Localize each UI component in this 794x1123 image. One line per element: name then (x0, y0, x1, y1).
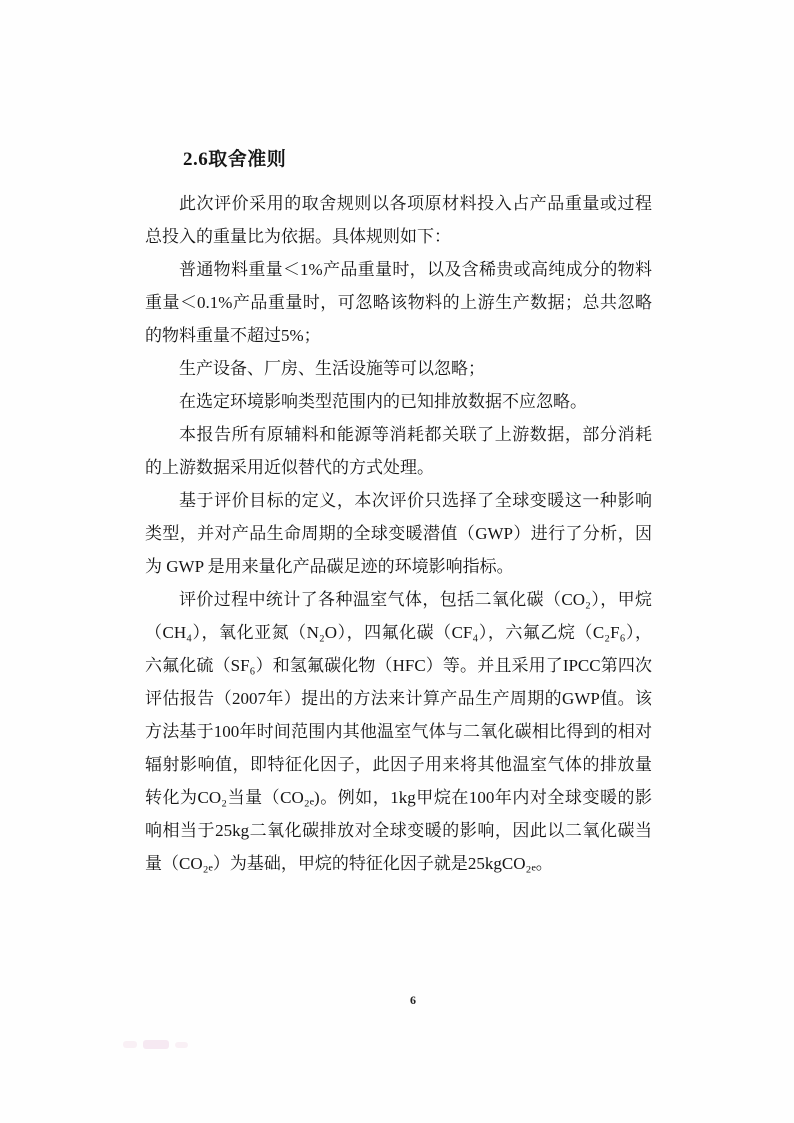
paragraph: 生产设备、厂房、生活设施等可以忽略； (145, 352, 652, 385)
paragraph: 本报告所有原辅料和能源等消耗都关联了上游数据，部分消耗的上游数据采用近似替代的方… (145, 418, 652, 484)
section-heading: 2.6取舍准则 (145, 143, 652, 176)
page-number: 6 (410, 993, 416, 1008)
document-content: 2.6取舍准则 此次评价采用的取舍规则以各项原材料投入占产品重量或过程总投入的重… (145, 143, 652, 880)
scan-artifact (123, 1041, 137, 1048)
document-page: 2.6取舍准则 此次评价采用的取舍规则以各项原材料投入占产品重量或过程总投入的重… (0, 0, 794, 1123)
paragraph-container: 此次评价采用的取舍规则以各项原材料投入占产品重量或过程总投入的重量比为依据。具体… (145, 187, 652, 880)
paragraph: 评价过程中统计了各种温室气体，包括二氧化碳（CO₂），甲烷（CH₄），氧化亚氮（… (145, 583, 652, 880)
paragraph: 此次评价采用的取舍规则以各项原材料投入占产品重量或过程总投入的重量比为依据。具体… (145, 187, 652, 253)
paragraph: 基于评价目标的定义，本次评价只选择了全球变暖这一种影响类型，并对产品生命周期的全… (145, 484, 652, 583)
paragraph: 普通物料重量＜1%产品重量时，以及含稀贵或高纯成分的物料重量＜0.1%产品重量时… (145, 253, 652, 352)
scan-artifact (175, 1042, 188, 1048)
paragraph: 在选定环境影响类型范围内的已知排放数据不应忽略。 (145, 385, 652, 418)
scan-artifact (143, 1040, 169, 1049)
